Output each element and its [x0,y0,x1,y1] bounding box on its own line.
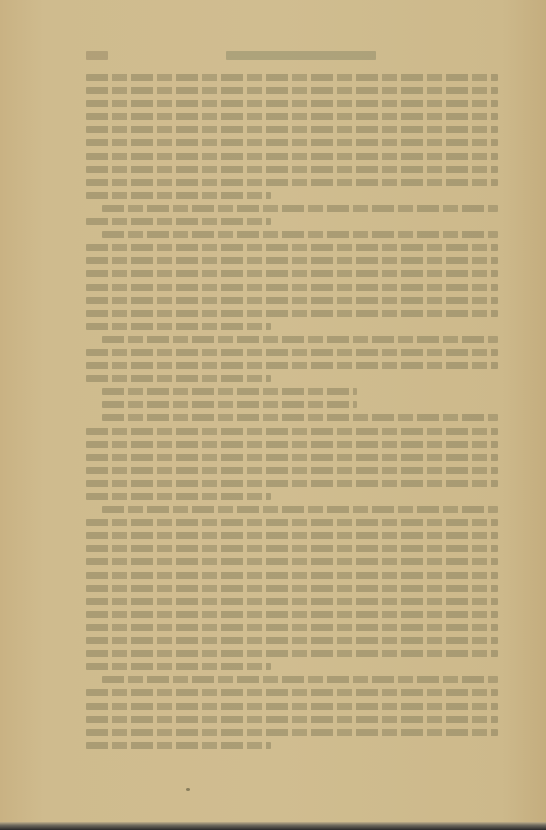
text-line [86,532,498,539]
paragraph [86,388,498,395]
text-line [86,650,498,657]
text-line [86,519,498,526]
running-head [86,49,498,63]
text-line [86,113,498,120]
text-line [86,87,498,94]
scan-edge [0,822,546,830]
text-line [86,689,498,696]
book-page [0,0,546,822]
text-line [86,441,498,448]
paragraph [86,205,498,225]
printer-mark [186,788,190,791]
text-line [102,205,498,212]
text-line [86,585,498,592]
text-line [86,284,498,291]
text-line [86,323,271,330]
text-line [86,493,271,500]
text-line [86,270,498,277]
text-line [86,153,498,160]
paragraph [86,506,498,670]
text-line [86,545,498,552]
text-line [86,192,271,199]
text-line [102,388,357,395]
text-line [86,375,271,382]
paragraph [86,414,498,500]
text-line [86,558,498,565]
text-line [86,139,498,146]
paragraph [86,231,498,330]
text-line [86,598,498,605]
text-line [102,231,498,238]
text-line [86,126,498,133]
text-line [86,297,498,304]
text-line [86,362,498,369]
paragraph [86,74,498,199]
text-line [86,572,498,579]
body-text [86,74,498,755]
text-line [102,506,498,513]
text-line [86,624,498,631]
text-line [102,336,498,343]
text-line [86,703,498,710]
text-line [86,244,498,251]
paragraph [86,676,498,748]
text-line [86,480,498,487]
text-line [102,401,357,408]
text-line [86,166,498,173]
text-line [86,100,498,107]
paragraph [86,401,498,408]
running-head-title [226,51,376,60]
text-line [86,729,498,736]
text-line [86,663,271,670]
text-line [86,218,271,225]
text-line [102,676,498,683]
text-line [86,257,498,264]
text-line [86,74,498,81]
text-line [86,310,498,317]
text-line [86,742,271,749]
text-line [86,428,498,435]
text-line [86,611,498,618]
text-line [86,454,498,461]
text-line [102,414,498,421]
text-line [86,349,498,356]
text-line [86,179,498,186]
page-number [86,51,108,60]
paragraph [86,336,498,382]
text-line [86,467,498,474]
text-line [86,716,498,723]
text-line [86,637,498,644]
